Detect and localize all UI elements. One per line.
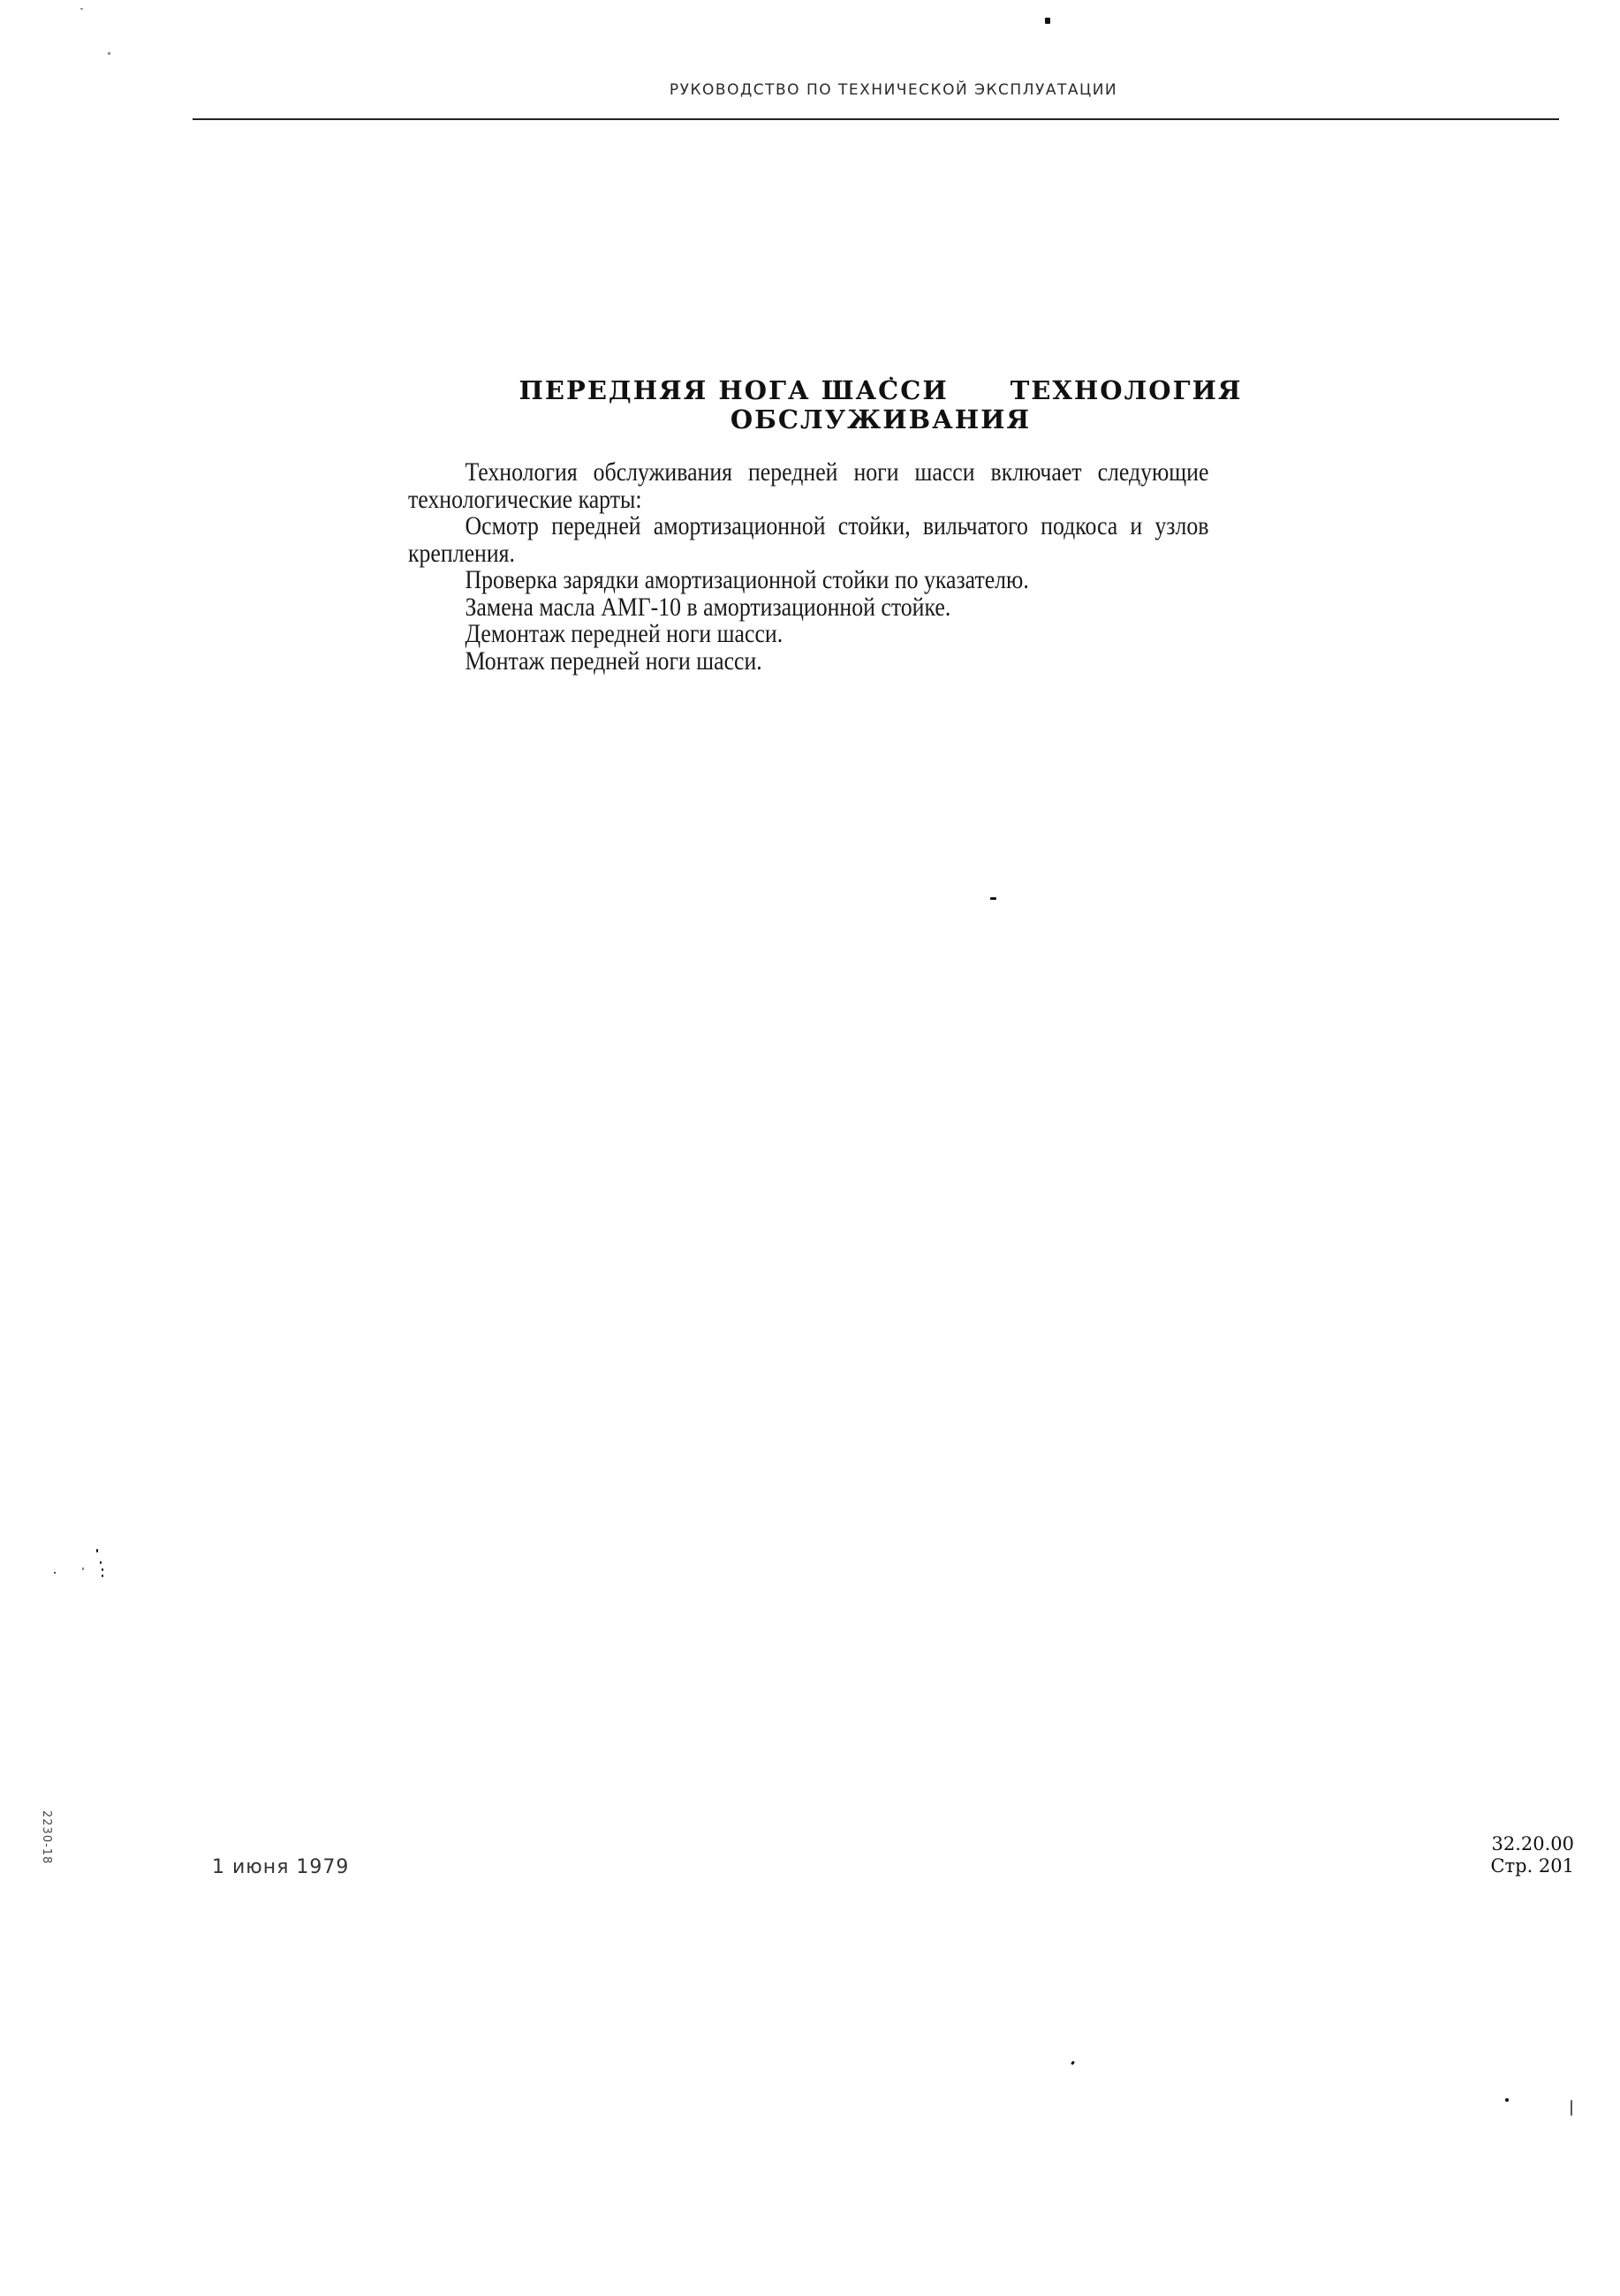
scan-speck	[1571, 2100, 1572, 2116]
title-line-2: ОБСЛУЖИВАНИЯ	[731, 404, 1031, 434]
scan-speck	[80, 8, 83, 10]
scan-speck	[96, 1549, 98, 1552]
list-item: Монтаж передней ноги шасси.	[408, 648, 1208, 676]
footer-reference: 32.20.00 Стр. 201	[1490, 1833, 1574, 1877]
intro-paragraph: Технология обслуживания передней ноги ша…	[408, 459, 1208, 513]
section-code: 32.20.00	[1490, 1833, 1574, 1855]
title-part-2: ТЕХНОЛОГИЯ	[1011, 375, 1243, 405]
scan-speck	[108, 52, 110, 55]
scan-speck	[1045, 18, 1050, 24]
header-rule	[193, 118, 1559, 120]
scan-speck	[102, 1575, 103, 1577]
scan-speck	[82, 1567, 84, 1570]
side-code: 2230-18	[40, 1810, 53, 1864]
scan-speck	[102, 1568, 103, 1571]
scan-speck	[54, 1572, 56, 1574]
scan-speck	[990, 897, 996, 900]
scan-speck	[100, 1561, 102, 1564]
list-item: Замена масла АМГ-10 в амортизационной ст…	[408, 594, 1208, 622]
scan-speck	[1505, 2098, 1509, 2102]
list-item: Демонтаж передней ноги шасси.	[408, 621, 1208, 648]
title-part-1: ПЕРЕДНЯЯ НОГА ШАССИ	[519, 375, 949, 405]
list-item: Проверка зарядки амортизационной стойки …	[408, 567, 1208, 594]
list-item: Осмотр передней амортизационной стойки, …	[408, 513, 1208, 567]
document-page: РУКОВОДСТВО ПО ТЕХНИЧЕСКОЙ ЭКСПЛУАТАЦИИ …	[0, 0, 1620, 2296]
running-header: РУКОВОДСТВО ПО ТЕХНИЧЕСКОЙ ЭКСПЛУАТАЦИИ	[193, 81, 1559, 99]
page-number: Стр. 201	[1490, 1855, 1574, 1877]
footer-date: 1 июня 1979	[212, 1856, 349, 1878]
body-text: Технология обслуживания передней ноги ша…	[408, 459, 1208, 675]
scan-speck	[1071, 2061, 1075, 2066]
section-title: ПЕРЕДНЯЯ НОГА ШАССИТЕХНОЛОГИЯ ОБСЛУЖИВАН…	[408, 376, 1353, 434]
